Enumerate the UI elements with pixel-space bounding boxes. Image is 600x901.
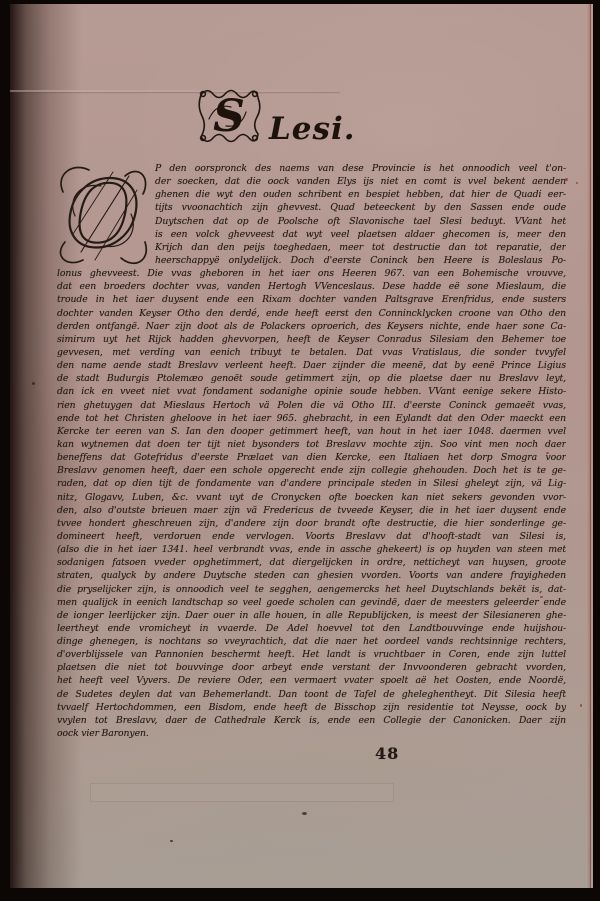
chapter-title-text: Lesi. bbox=[269, 114, 356, 144]
page-number: 48 bbox=[375, 744, 399, 763]
drop-cap-letter: O bbox=[65, 161, 140, 268]
text-line: ghenen die wyt den ouden schribent en be… bbox=[155, 188, 566, 201]
text-line: gevvesen, met verding van eenich tribuyt… bbox=[57, 346, 566, 359]
text-line: de stadt Budurgis Ptolemæo genoët soude … bbox=[57, 372, 566, 385]
text-line: heerschappyë onlydelijck. Doch d'eerste … bbox=[155, 254, 566, 267]
text-line: tijts vvoonachtich zijn ghevvest. Quad b… bbox=[155, 201, 566, 214]
text-line: is een volck ghevveest dat wyt veel plae… bbox=[155, 228, 566, 241]
text-line: kan wytnemen dat doen ter tijt niet byso… bbox=[57, 438, 566, 451]
text-line: sodanigen fatsoen vveder opghetimmert, d… bbox=[57, 556, 566, 569]
text-line: plaetsen die niet tot bouvvinge door arb… bbox=[57, 661, 566, 674]
text-line: d'overblijssele van Pannonien beschermt … bbox=[57, 648, 566, 661]
text-line: leertheyt ende vromicheyt in vvaerde. De… bbox=[57, 622, 566, 635]
text-line: simirum uyt het Rijck hadden ghevvorpen,… bbox=[57, 333, 566, 346]
book-page: S Lesi. bbox=[10, 4, 593, 888]
drop-cap: O bbox=[57, 162, 154, 267]
text-line: raden, dat op dien tijt de fondamente va… bbox=[57, 477, 566, 490]
photo-background: S Lesi. bbox=[0, 0, 600, 901]
text-line: vvylen tot Breslavv, daer de Cathedrale … bbox=[57, 714, 566, 727]
text-line: dochter vanden Keyser Otho den derdé, en… bbox=[57, 307, 566, 320]
text-line: rien ghetuygen dat Mieslaus Hertoch vä P… bbox=[57, 399, 566, 412]
text-line: straten, qualyck by andere Duytsche sted… bbox=[57, 569, 566, 582]
ink-speck bbox=[302, 812, 307, 815]
text-line: Kercke ter eeren van S. Ian den dooper g… bbox=[57, 425, 566, 438]
text-line: den name aende stadt Breslavv verleent h… bbox=[57, 359, 566, 372]
text-line: beneffens dat Gotefridus d'eerste Prælae… bbox=[57, 451, 566, 464]
text-line: dinge ghenegen, is nochtans so vveyracht… bbox=[57, 635, 566, 648]
text-line: der soecken, dat die oock vanden Elys ij… bbox=[155, 175, 566, 188]
text-line: dat een broeders dochter vvas, vanden He… bbox=[57, 280, 566, 293]
text-line: ende tot het Christen gheloove in het ia… bbox=[57, 412, 566, 425]
ink-speck bbox=[576, 182, 578, 184]
text-line: Krijch dan den peijs toeghedaen, meer to… bbox=[155, 241, 566, 254]
text-line: derden ontfangë. Naer zijn doot als de P… bbox=[57, 320, 566, 333]
ink-speck bbox=[580, 704, 582, 707]
text-line: tvvee hondert gheschreuen zijn, d'andere… bbox=[57, 517, 566, 530]
text-line: (also die in het iaer 1341. heel verbran… bbox=[57, 543, 566, 556]
svg-text:S: S bbox=[213, 91, 245, 142]
text-line: tvvaelf Hertochdommen, een Bisdom, ende … bbox=[57, 701, 566, 714]
text-line: den, also d'outste brieuen maer zijn vä … bbox=[57, 504, 566, 517]
page-edge bbox=[587, 4, 591, 888]
text-line: Breslavv genomen heeft, daer een schole … bbox=[57, 464, 566, 477]
text-line: Duytschen dat op de Poolsche oft Slavoni… bbox=[155, 215, 566, 228]
text-line: P den oorspronck des naems van dese Prov… bbox=[155, 162, 566, 175]
text-line: de ionger leerlijcker zijn. Daer ouer in… bbox=[57, 609, 566, 622]
text-line: oock vier Baronyen. bbox=[57, 727, 566, 740]
text-line: de Sudetes deylen dat van Behemerlandt. … bbox=[57, 688, 566, 701]
ink-speck bbox=[565, 178, 568, 181]
text-line: dan ick en vveet niet vvat fondament sod… bbox=[57, 385, 566, 398]
text-line: nitz, Glogavv, Luben, &c. vvant uyt de C… bbox=[57, 491, 566, 504]
text-line: die pryselijcker zijn, is onnoodich veel… bbox=[57, 583, 566, 596]
text-line: domineert heeft, verdoruen ende vervloge… bbox=[57, 530, 566, 543]
ink-speck bbox=[546, 452, 549, 454]
ornate-initial-icon: S bbox=[196, 86, 262, 146]
ink-speck bbox=[540, 596, 543, 598]
ink-speck bbox=[170, 840, 173, 842]
text-line: het heeft veel Vyvers. De reviere Oder, … bbox=[57, 674, 566, 687]
text-line: troude in het iaer duysent ende een Rixa… bbox=[57, 293, 566, 306]
chapter-title: S Lesi. bbox=[196, 86, 356, 146]
verso-show-through bbox=[90, 783, 394, 802]
text-line: men qualijck in eenich landtschap so vee… bbox=[57, 596, 566, 609]
body-text: O P den oorspronck des naems van dese Pr… bbox=[57, 162, 566, 740]
ink-speck bbox=[32, 382, 35, 385]
